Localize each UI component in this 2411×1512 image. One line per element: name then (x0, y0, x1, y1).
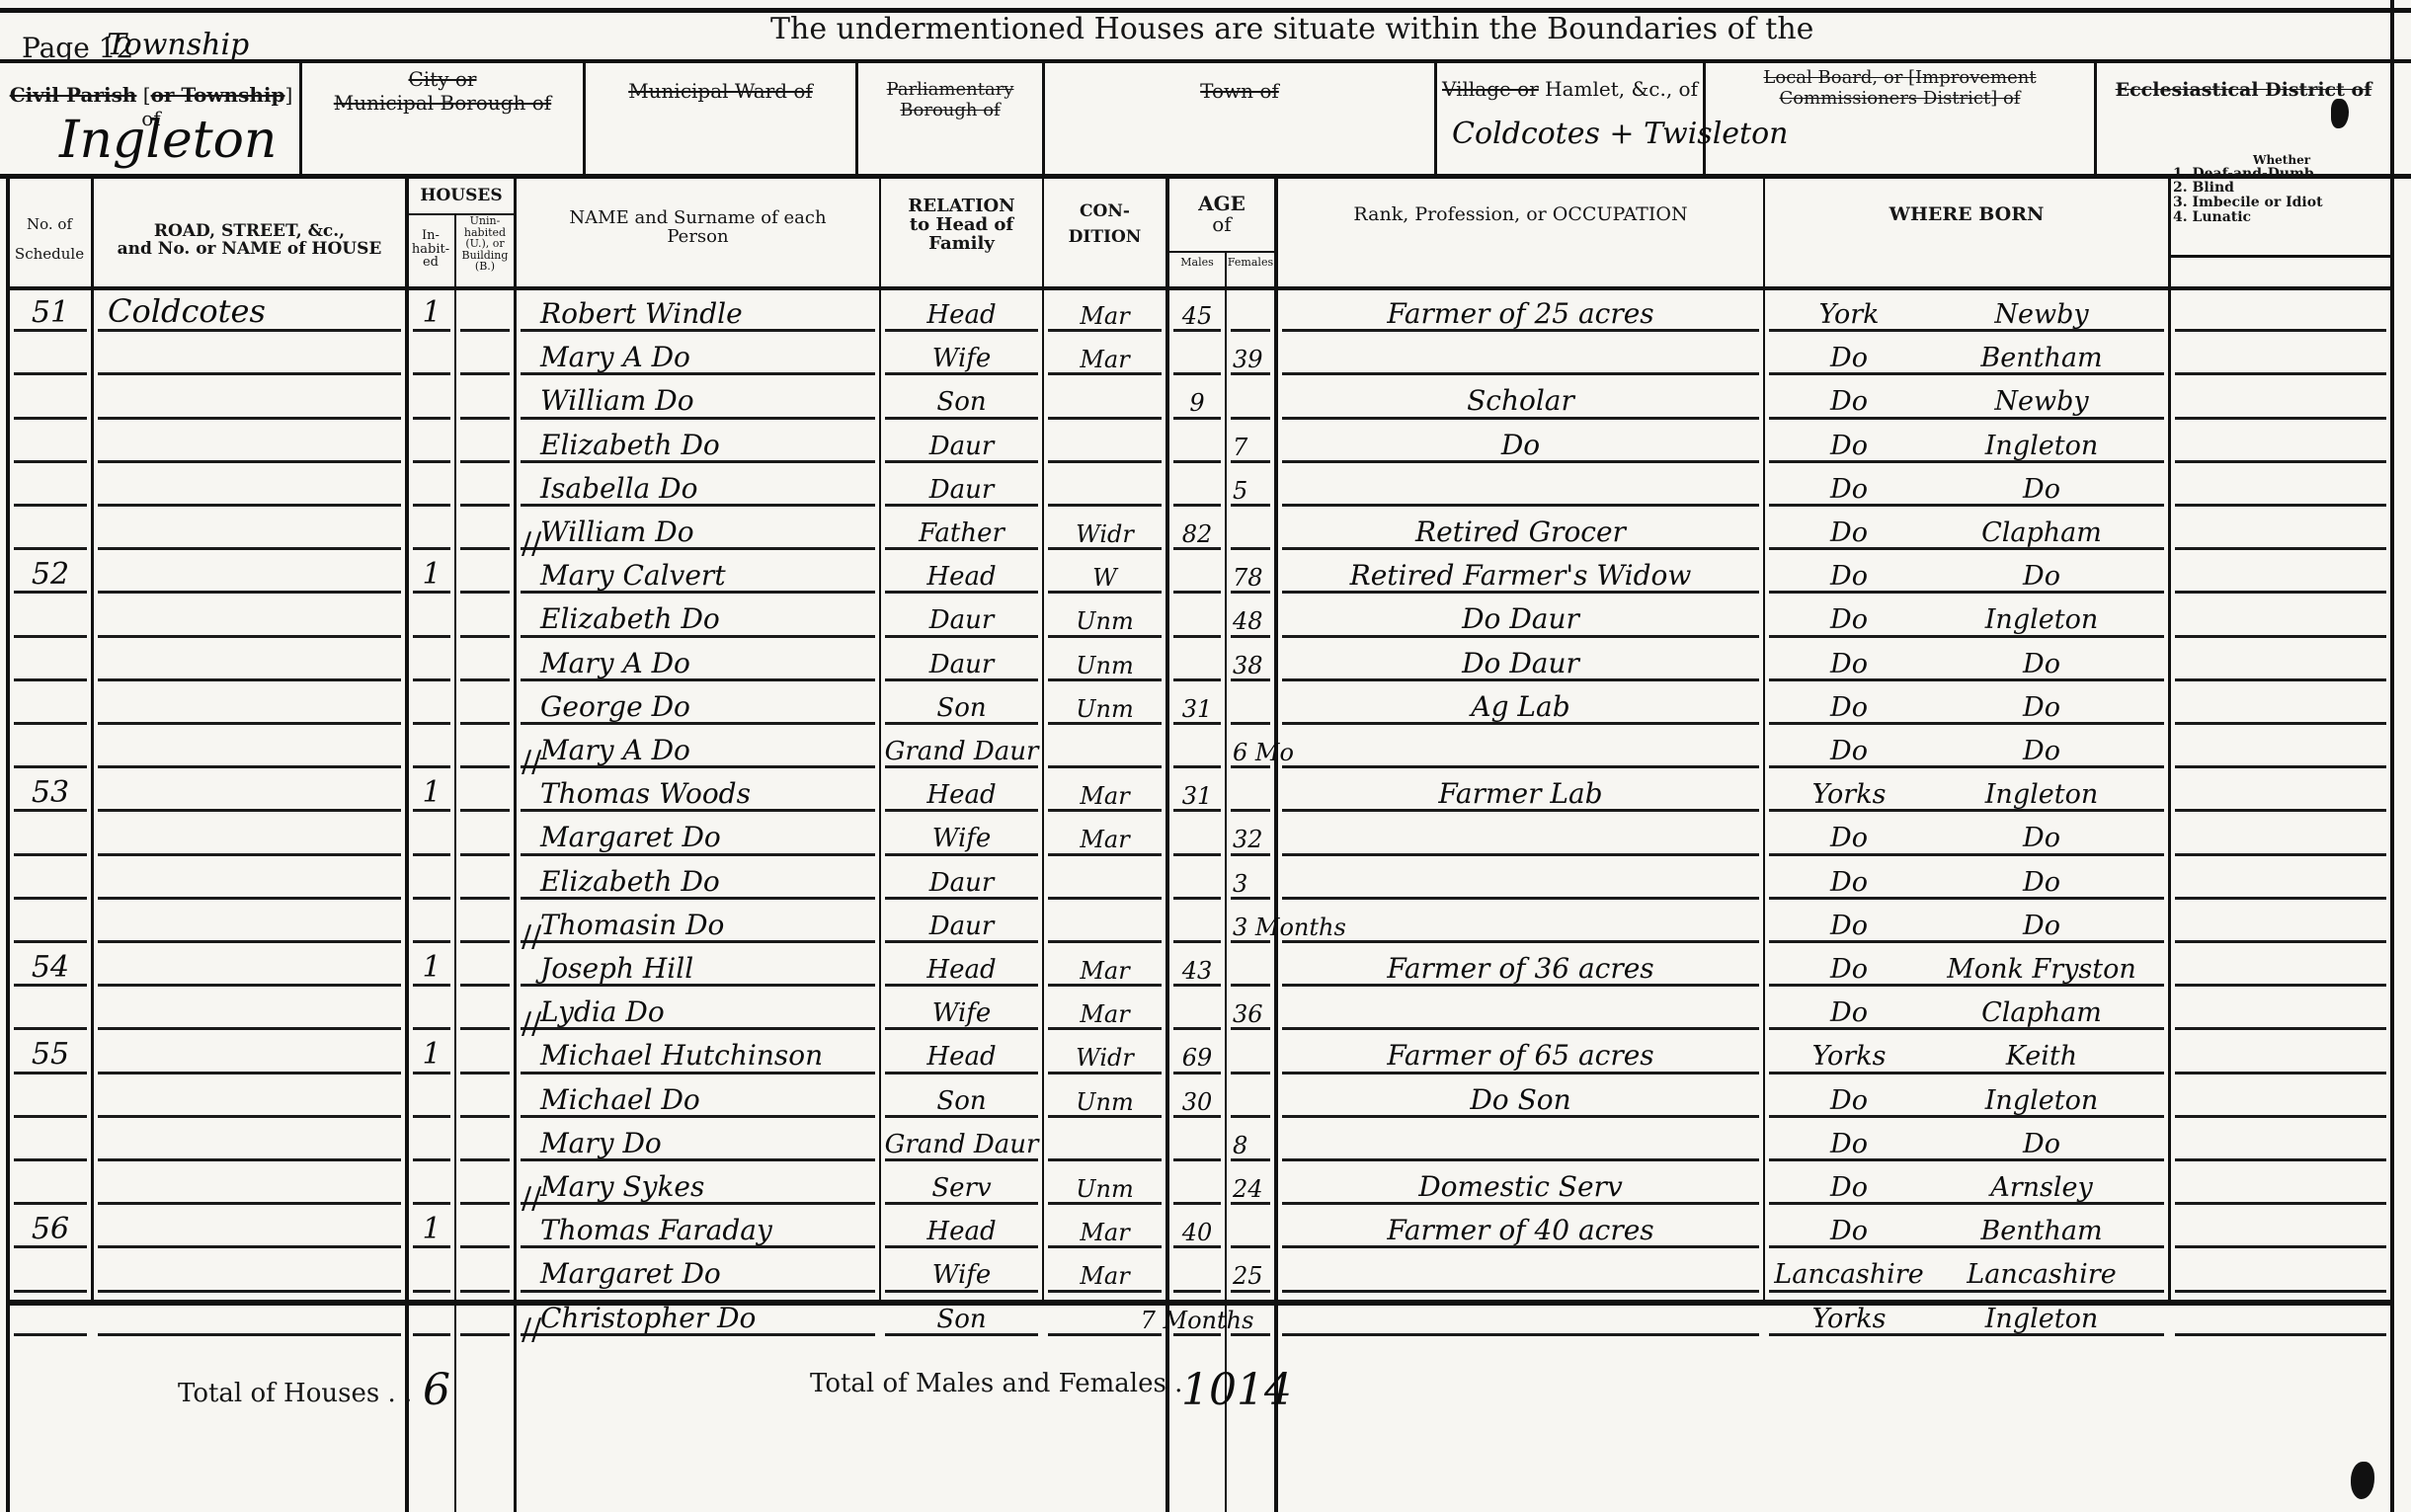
cell-road (94, 552, 405, 596)
cell-relation: Head (881, 945, 1042, 989)
cell-where-born: Do Do (1765, 814, 2168, 857)
born-county: Do (1765, 736, 1933, 766)
cell-male-age: 30 (1169, 1076, 1225, 1120)
cell-inhabited (409, 727, 454, 770)
born-county: Do (1765, 867, 1933, 898)
born-place: Monk Fryston (1933, 954, 2150, 985)
cell-road (94, 1076, 405, 1120)
header-relation-line3: Family (881, 235, 1042, 254)
age-subrule (1169, 251, 1274, 253)
cell-occupation (1278, 465, 1763, 509)
cell-inhabited: 1 (409, 1032, 454, 1075)
cell-schedule (10, 683, 91, 727)
cell-road: Coldcotes (94, 290, 405, 334)
right-border (2390, 0, 2394, 1512)
cell-female-age (1227, 770, 1274, 814)
ink-blot-icon (2331, 99, 2349, 128)
cell-female-age: 7 (1227, 422, 1274, 465)
cell-road (94, 989, 405, 1032)
cell-female-age (1227, 290, 1274, 334)
cell-condition (1044, 902, 1165, 945)
row-rule (2175, 329, 2386, 332)
cell-occupation (1278, 727, 1763, 770)
cell-relation: Serv (881, 1163, 1042, 1207)
cell-name: Michael Hutchinson (517, 1032, 879, 1075)
header-uninhabited: Unin- habited (U.), or Building (B.) (456, 215, 514, 273)
cell-occupation (1278, 334, 1763, 377)
cell-where-born: Do Ingleton (1765, 1076, 2168, 1120)
header-females: Females (1227, 257, 1274, 269)
born-place: Do (1933, 561, 2150, 592)
born-place: Do (1933, 867, 2150, 898)
row-rule (460, 1290, 510, 1293)
cell-name: Mary A Do (517, 334, 879, 377)
cell-road (94, 727, 405, 770)
boundaries-top-rule (0, 59, 2411, 63)
cell-condition: Mar (1044, 1250, 1165, 1294)
cell-name: Margaret Do (517, 1250, 879, 1294)
cell-female-age: 24 (1227, 1163, 1274, 1207)
cell-name: George Do (517, 683, 879, 727)
cell-schedule (10, 640, 91, 683)
cell-road (94, 814, 405, 857)
cell-relation: Son (881, 683, 1042, 727)
cell-condition (1044, 727, 1165, 770)
cell-relation: Wife (881, 334, 1042, 377)
born-place: Ingleton (1933, 1304, 2150, 1334)
cell-inhabited (409, 989, 454, 1032)
cell-condition (1044, 422, 1165, 465)
cell-road (94, 1207, 405, 1250)
cell-relation: Son (881, 377, 1042, 421)
row-rule (460, 635, 510, 638)
total-males-value: 10 (1181, 1365, 1237, 1415)
row-rule (460, 809, 510, 812)
cell-schedule: 53 (10, 770, 91, 814)
row-rule (460, 1072, 510, 1074)
boundaries-bottom-rule (0, 174, 2411, 179)
cell-relation: Head (881, 1032, 1042, 1075)
cell-occupation: Farmer of 40 acres (1278, 1207, 1763, 1250)
row-rule (2175, 460, 2386, 463)
cell-female-age (1227, 1076, 1274, 1120)
born-county: Do (1765, 474, 1933, 505)
cell-female-age: 5 (1227, 465, 1274, 509)
cell-inhabited: 1 (409, 945, 454, 989)
cell-male-age: 45 (1169, 290, 1225, 334)
header-infirmity-4: 4. Lunatic (2173, 210, 2390, 225)
cell-inhabited (409, 902, 454, 945)
cell-male-age: 9 (1169, 377, 1225, 421)
household-end-mark: // (522, 1313, 541, 1347)
total-persons-label: Total of Males and Females . . (810, 1369, 1199, 1398)
cell-schedule (10, 422, 91, 465)
born-place: Clapham (1933, 517, 2150, 548)
cell-name: Elizabeth Do (517, 422, 879, 465)
cell-name: Lydia Do (517, 989, 879, 1032)
cell-schedule (10, 1120, 91, 1163)
row-rule (2175, 372, 2386, 375)
cell-occupation: Do Daur (1278, 596, 1763, 639)
row-rule (2175, 678, 2386, 681)
cell-condition: Mar (1044, 989, 1165, 1032)
born-place: Keith (1933, 1041, 2150, 1072)
born-county: Do (1765, 692, 1933, 723)
cell-where-born: Do Bentham (1765, 1207, 2168, 1250)
cell-female-age (1227, 1032, 1274, 1075)
row-rule (2175, 1072, 2386, 1074)
cell-schedule (10, 814, 91, 857)
born-county: Do (1765, 1216, 1933, 1246)
born-place: Bentham (1933, 343, 2150, 373)
cell-female-age: 38 (1227, 640, 1274, 683)
cell-occupation: Ag Lab (1278, 683, 1763, 727)
born-place: Arnsley (1933, 1172, 2150, 1203)
born-place: Do (1933, 823, 2150, 853)
col-divider-inhabited (454, 215, 456, 1512)
cell-name: Margaret Do (517, 814, 879, 857)
header-houses: HOUSES (409, 188, 514, 205)
born-place: Newby (1933, 299, 2150, 330)
cell-occupation (1278, 902, 1763, 945)
header-name: NAME and Surname of each Person (517, 209, 879, 247)
cell-relation: Father (881, 509, 1042, 552)
cell-road (94, 902, 405, 945)
row-rule (460, 591, 510, 594)
cell-male-age (1169, 1250, 1225, 1294)
cell-relation: Head (881, 552, 1042, 596)
header-where-born: WHERE BORN (1765, 205, 2168, 225)
cell-male-age (1169, 727, 1225, 770)
born-county: York (1765, 299, 1933, 330)
cell-inhabited (409, 1163, 454, 1207)
cell-relation: Grand Daur (881, 1120, 1042, 1163)
born-county: Do (1765, 604, 1933, 635)
born-place: Lancashire (1933, 1259, 2150, 1290)
cell-name: Mary A Do (517, 640, 879, 683)
born-county: Lancashire (1765, 1259, 1933, 1290)
cell-male-age (1169, 640, 1225, 683)
cell-female-age: 3 (1227, 858, 1274, 902)
born-county: Do (1765, 1172, 1933, 1203)
cell-condition: Widr (1044, 1032, 1165, 1075)
cell-road (94, 1250, 405, 1294)
cell-schedule: 51 (10, 290, 91, 334)
born-place: Ingleton (1933, 431, 2150, 461)
header-infirmity-3: 3. Imbecile or Idiot (2173, 196, 2390, 210)
cell-female-age (1227, 683, 1274, 727)
header-condition-line2: DITION (1044, 229, 1165, 247)
header-uninhabited-line3: (U.), or (456, 238, 514, 250)
cell-schedule (10, 1250, 91, 1294)
row-rule (2175, 591, 2386, 594)
born-county: Do (1765, 561, 1933, 592)
cell-occupation: Do (1278, 422, 1763, 465)
cell-female-age: 36 (1227, 989, 1274, 1032)
header-relation-line2: to Head of (881, 216, 1042, 235)
cell-female-age: 3 Months (1227, 902, 1274, 945)
cell-name: William Do (517, 377, 879, 421)
cell-road (94, 422, 405, 465)
cell-condition (1044, 858, 1165, 902)
township-struck: or Township (151, 83, 285, 107)
born-county: Do (1765, 1129, 1933, 1159)
cell-schedule (10, 1163, 91, 1207)
header-road-line2: and No. or NAME of HOUSE (94, 241, 405, 259)
cell-occupation (1278, 858, 1763, 902)
cell-inhabited (409, 1250, 454, 1294)
cell-name: Joseph Hill (517, 945, 879, 989)
cell-condition: Widr (1044, 509, 1165, 552)
cell-schedule: 55 (10, 1032, 91, 1075)
cell-relation: Head (881, 290, 1042, 334)
header-condition: CON- DITION (1044, 203, 1165, 247)
cell-road (94, 1163, 405, 1207)
born-place: Do (1933, 474, 2150, 505)
cell-relation: Wife (881, 989, 1042, 1032)
cell-occupation: Retired Grocer (1278, 509, 1763, 552)
cell-schedule (10, 509, 91, 552)
row-rule (460, 984, 510, 987)
cell-name: Mary A Do (517, 727, 879, 770)
cell-road (94, 770, 405, 814)
born-county: Yorks (1765, 1041, 1933, 1072)
cell-schedule (10, 1076, 91, 1120)
infirmity-subrule (2171, 255, 2390, 258)
cell-name: Mary Sykes (517, 1163, 879, 1207)
cell-schedule (10, 596, 91, 639)
header-name-line2: Person (517, 228, 879, 247)
boundary-parliamentary-borough-label: Parliamentary Borough of (858, 79, 1042, 120)
cell-female-age (1227, 945, 1274, 989)
cell-male-age: 82 (1169, 509, 1225, 552)
born-place: Do (1933, 1129, 2150, 1159)
cell-name: Mary Calvert (517, 552, 879, 596)
cell-where-born: Do Clapham (1765, 989, 2168, 1032)
cell-schedule (10, 727, 91, 770)
cell-condition: Mar (1044, 334, 1165, 377)
header-uninhabited-line5: (B.) (456, 261, 514, 273)
row-rule (2175, 635, 2386, 638)
cell-relation: Grand Daur (881, 727, 1042, 770)
header-infirmity-title: Whether (2173, 154, 2390, 167)
row-rule (460, 1115, 510, 1118)
row-rule (460, 678, 510, 681)
row-rule (2175, 809, 2386, 812)
cell-name: Robert Windle (517, 290, 879, 334)
cell-where-born: Do Do (1765, 640, 2168, 683)
row-rule (2175, 984, 2386, 987)
cell-where-born: Do Clapham (1765, 509, 2168, 552)
cell-where-born: Do Monk Fryston (1765, 945, 2168, 989)
cell-occupation: Farmer of 25 acres (1278, 290, 1763, 334)
cell-female-age: 39 (1227, 334, 1274, 377)
boundary-ecclesiastical-label: Ecclesiastical District of (2097, 79, 2390, 101)
cell-female-age: 48 (1227, 596, 1274, 639)
cell-condition: Unm (1044, 683, 1165, 727)
cell-condition: Mar (1044, 770, 1165, 814)
born-place: Ingleton (1933, 779, 2150, 810)
header-uninhabited-line1: Unin- (456, 215, 514, 227)
born-county: Do (1765, 431, 1933, 461)
header-inhabited: In- habit- ed (407, 229, 454, 270)
born-place: Do (1933, 911, 2150, 941)
row-rule (2175, 765, 2386, 768)
header-condition-line1: CON- (1044, 203, 1165, 221)
cell-where-born: Do Do (1765, 683, 2168, 727)
cell-inhabited (409, 683, 454, 727)
cell-where-born: Do Do (1765, 902, 2168, 945)
cell-where-born: Do Do (1765, 727, 2168, 770)
cell-condition (1044, 1120, 1165, 1163)
cell-schedule (10, 334, 91, 377)
cell-relation: Daur (881, 465, 1042, 509)
born-county: Do (1765, 517, 1933, 548)
cell-schedule (10, 465, 91, 509)
cell-road (94, 465, 405, 509)
civil-parish-struck: Civil Parish (10, 83, 137, 107)
born-county: Do (1765, 343, 1933, 373)
cell-male-age: 31 (1169, 683, 1225, 727)
township-annotation: Township (107, 28, 249, 62)
header-occupation: Rank, Profession, or OCCUPATION (1278, 205, 1763, 225)
cell-road (94, 858, 405, 902)
cell-where-born: Do Do (1765, 552, 2168, 596)
cell-road (94, 945, 405, 989)
cell-schedule (10, 989, 91, 1032)
cell-relation: Daur (881, 902, 1042, 945)
header-infirmity-2: 2. Blind (2173, 181, 2390, 196)
cell-where-born: Lancashire Lancashire (1765, 1250, 2168, 1294)
header-inhabited-line1: In- (407, 229, 454, 243)
cell-schedule (10, 858, 91, 902)
cell-male-age (1169, 552, 1225, 596)
cell-male-age (1169, 858, 1225, 902)
cell-relation: Daur (881, 596, 1042, 639)
cell-male-age: 43 (1169, 945, 1225, 989)
born-county: Do (1765, 954, 1933, 985)
born-place: Do (1933, 649, 2150, 679)
header-age-line2: of (1169, 214, 1274, 235)
row-rule (460, 460, 510, 463)
cell-female-age: 8 (1227, 1120, 1274, 1163)
cell-where-born: Do Arnsley (1765, 1163, 2168, 1207)
cell-name: Elizabeth Do (517, 858, 879, 902)
row-rule (460, 1245, 510, 1248)
row-rule (460, 547, 510, 550)
boundary-borough-label: Municipal Borough of (302, 91, 583, 115)
cell-inhabited (409, 1120, 454, 1163)
cell-female-age (1227, 1207, 1274, 1250)
cell-name: Michael Do (517, 1076, 879, 1120)
header-road: ROAD, STREET, &c., and No. or NAME of HO… (94, 223, 405, 259)
cell-occupation: Farmer of 65 acres (1278, 1032, 1763, 1075)
cell-female-age (1227, 377, 1274, 421)
cell-male-age (1169, 334, 1225, 377)
cell-where-born: York Newby (1765, 290, 2168, 334)
cell-inhabited (409, 1076, 454, 1120)
row-rule (460, 504, 510, 507)
cell-schedule (10, 902, 91, 945)
cell-inhabited (409, 858, 454, 902)
cell-inhabited (409, 422, 454, 465)
cell-name: Thomas Faraday (517, 1207, 879, 1250)
boundary-town-label: Town of (1045, 79, 1434, 103)
row-rule (2175, 853, 2386, 856)
row-rule (2175, 1290, 2386, 1293)
cell-female-age: 25 (1227, 1250, 1274, 1294)
cell-road (94, 596, 405, 639)
cell-schedule: 54 (10, 945, 91, 989)
cell-male-age (1169, 596, 1225, 639)
boundary-city-label: City or (302, 67, 583, 91)
header-inhabited-line3: ed (407, 256, 454, 270)
row-rule (2175, 940, 2386, 943)
header-infirmity-1: 1. Deaf-and-Dumb (2173, 167, 2390, 182)
cell-male-age (1169, 814, 1225, 857)
cell-occupation (1278, 1120, 1763, 1163)
cell-inhabited (409, 465, 454, 509)
cell-condition (1044, 377, 1165, 421)
cell-condition: Unm (1044, 640, 1165, 683)
cell-schedule: 56 (10, 1207, 91, 1250)
born-place: Newby (1933, 386, 2150, 417)
cell-relation: Head (881, 1207, 1042, 1250)
born-county: Do (1765, 911, 1933, 941)
header-age: AGE of (1169, 194, 1274, 235)
cell-relation: Wife (881, 814, 1042, 857)
cell-inhabited (409, 640, 454, 683)
cell-name: Isabella Do (517, 465, 879, 509)
page-title: The undermentioned Houses are situate wi… (770, 12, 1813, 46)
boundary-village-label: Village or Hamlet, &c., of (1437, 77, 1703, 101)
cell-female-age: 32 (1227, 814, 1274, 857)
row-rule (460, 1027, 510, 1030)
cell-schedule (10, 377, 91, 421)
boundary-village-value: Coldcotes + Twisleton (1452, 117, 1789, 151)
row-rule (2175, 1245, 2386, 1248)
cell-male-age (1169, 902, 1225, 945)
ink-blot-icon (2351, 1462, 2374, 1499)
cell-road (94, 1120, 405, 1163)
row-rule (460, 329, 510, 332)
cell-where-born: Yorks Ingleton (1765, 770, 2168, 814)
cell-condition: Unm (1044, 1163, 1165, 1207)
born-place: Clapham (1933, 997, 2150, 1028)
total-females-value: 14 (1237, 1365, 1292, 1415)
cell-inhabited (409, 334, 454, 377)
cell-relation: Daur (881, 640, 1042, 683)
cell-occupation: Farmer Lab (1278, 770, 1763, 814)
cell-road (94, 509, 405, 552)
cell-where-born: Do Newby (1765, 377, 2168, 421)
born-place: Bentham (1933, 1216, 2150, 1246)
cell-occupation: Do Daur (1278, 640, 1763, 683)
cell-condition: Unm (1044, 1076, 1165, 1120)
cell-inhabited (409, 814, 454, 857)
cell-schedule: 52 (10, 552, 91, 596)
born-county: Yorks (1765, 1304, 1933, 1334)
cell-condition (1044, 465, 1165, 509)
boundary-local-board-label: Local Board, or [Improvement Commissione… (1706, 67, 2094, 109)
cell-where-born: Do Do (1765, 465, 2168, 509)
cell-inhabited (409, 377, 454, 421)
total-houses-label: Total of Houses . . (178, 1379, 412, 1408)
born-county: Do (1765, 649, 1933, 679)
cell-inhabited: 1 (409, 290, 454, 334)
header-schedule: No. of Schedule (8, 217, 91, 263)
cell-where-born: Yorks Keith (1765, 1032, 2168, 1075)
